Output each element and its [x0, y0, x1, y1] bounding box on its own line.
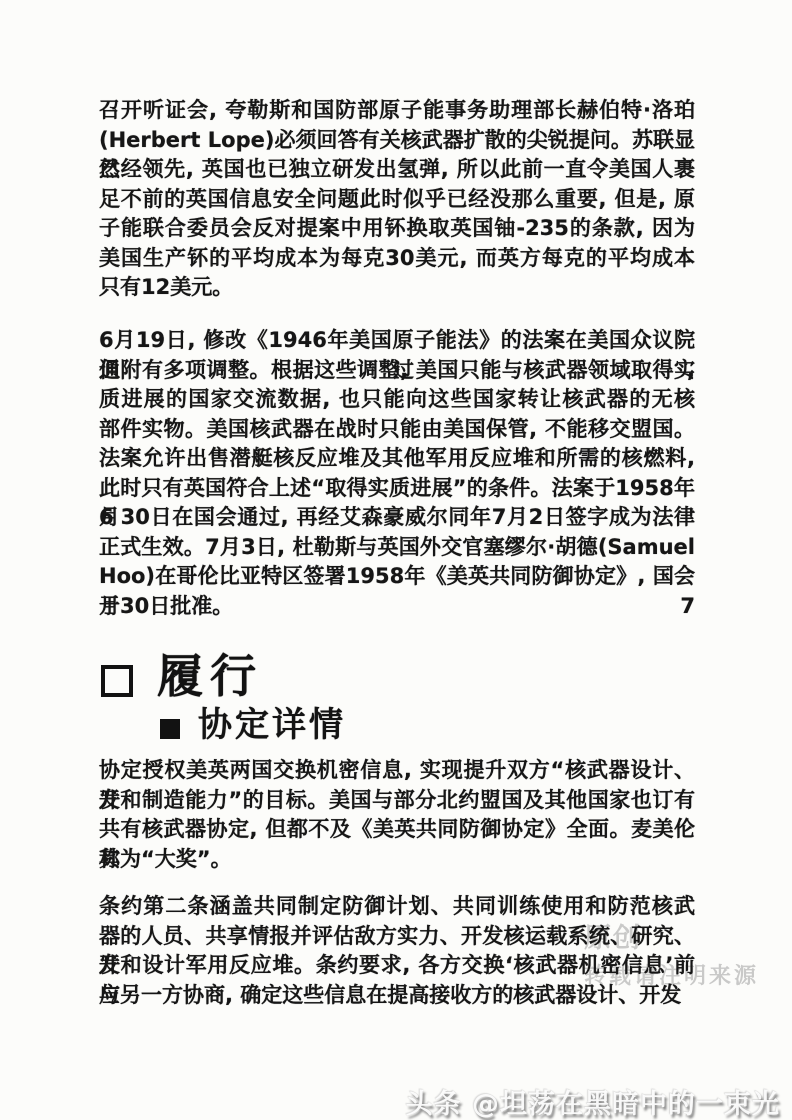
text-line: 条约第二条涵盖共同制定防御计划、共同训练使用和防范核武: [99, 892, 695, 922]
text-line: 部件实物。美国核武器在战时只能由美国保管, 不能移交盟国。: [99, 415, 695, 445]
text-line: 6月19日, 修改《1946年美国原子能法》的法案在美国众议院通过,: [99, 326, 695, 356]
text-line: 召开听证会, 夸勒斯和国防部原子能事务助理部长赫伯特·洛珀: [99, 96, 695, 126]
text-line: 协定授权美英两国交换机密信息, 实现提升双方“核武器设计、开: [99, 756, 695, 786]
text-line: 正式生效。7月3日, 杜勒斯与英国外交官塞缪尔·胡德(Samuel: [99, 533, 695, 563]
text-line: 发和制造能力”的目标。美国与部分北约盟国及其他国家也订有: [99, 786, 695, 816]
filled-square-icon: [160, 719, 180, 739]
text-line: 但附有多项调整。根据这些调整, 美国只能与核武器领域取得实: [99, 356, 695, 386]
hollow-square-icon: [101, 665, 133, 697]
document-page: 原创 转载请注明来源 召开听证会, 夸勒斯和国防部原子能事务助理部长赫伯特·洛珀…: [0, 0, 792, 1120]
text-line: 美国生产钚的平均成本为每克30美元, 而英方每克的平均成本: [99, 244, 695, 274]
paragraph-3: 协定授权美英两国交换机密信息, 实现提升双方“核武器设计、开发和制造能力”的目标…: [99, 756, 695, 874]
text-line: 已经领先, 英国也已独立研发出氢弹, 所以此前一直令美国人裹: [99, 155, 695, 185]
text-line: 质进展的国家交流数据, 也只能向这些国家转让核武器的无核: [99, 385, 695, 415]
text-line: 足不前的英国信息安全问题此时似乎已经没那么重要, 但是, 原: [99, 185, 695, 215]
text-line: 器的人员、共享情报并评估敌方实力、开发核运载系统、研究、开: [99, 922, 695, 952]
section-heading-level1: 履行: [101, 650, 263, 702]
section-heading-level2: 协定详情: [160, 704, 346, 746]
heading1-label: 履行: [157, 650, 263, 702]
text-line: 法案允许出售潜艇核反应堆及其他军用反应堆和所需的核燃料,: [99, 444, 695, 474]
text-line: 子能联合委员会反对提案中用钚换取英国铀-235的条款, 因为: [99, 214, 695, 244]
paragraph-1: 召开听证会, 夸勒斯和国防部原子能事务助理部长赫伯特·洛珀(Herbert Lo…: [99, 96, 695, 303]
text-line: 月30日在国会通过, 再经艾森豪威尔同年7月2日签字成为法律: [99, 503, 695, 533]
text-line: 此时只有英国符合上述“取得实质进展”的条件。法案于1958年6: [99, 474, 695, 504]
paragraph-2: 6月19日, 修改《1946年美国原子能法》的法案在美国众议院通过,但附有多项调…: [99, 326, 695, 621]
text-line: Hoo)在哥伦比亚特区签署1958年《美英共同防御协定》, 国会于7: [99, 562, 695, 592]
text-line: 其为“大奖”。: [99, 845, 695, 875]
text-line: 发和设计军用反应堆。条约要求, 各方交换‘核武器机密信息’前应: [99, 951, 695, 981]
text-line: (Herbert Lope)必须回答有关核武器扩散的尖锐提问。苏联显然: [99, 126, 695, 156]
text-line: 与另一方协商, 确定这些信息在提高接收方的核武器设计、开发: [99, 981, 695, 1011]
heading2-label: 协定详情: [198, 704, 346, 746]
paragraph-4: 条约第二条涵盖共同制定防御计划、共同训练使用和防范核武器的人员、共享情报并评估敌…: [99, 892, 695, 1010]
text-line: 共有核武器协定, 但都不及《美英共同防御协定》全面。麦美伦称: [99, 815, 695, 845]
footer-watermark: 头条 @坦荡在黑暗中的一束光: [406, 1082, 780, 1120]
text-line: 只有12美元。: [99, 273, 695, 303]
